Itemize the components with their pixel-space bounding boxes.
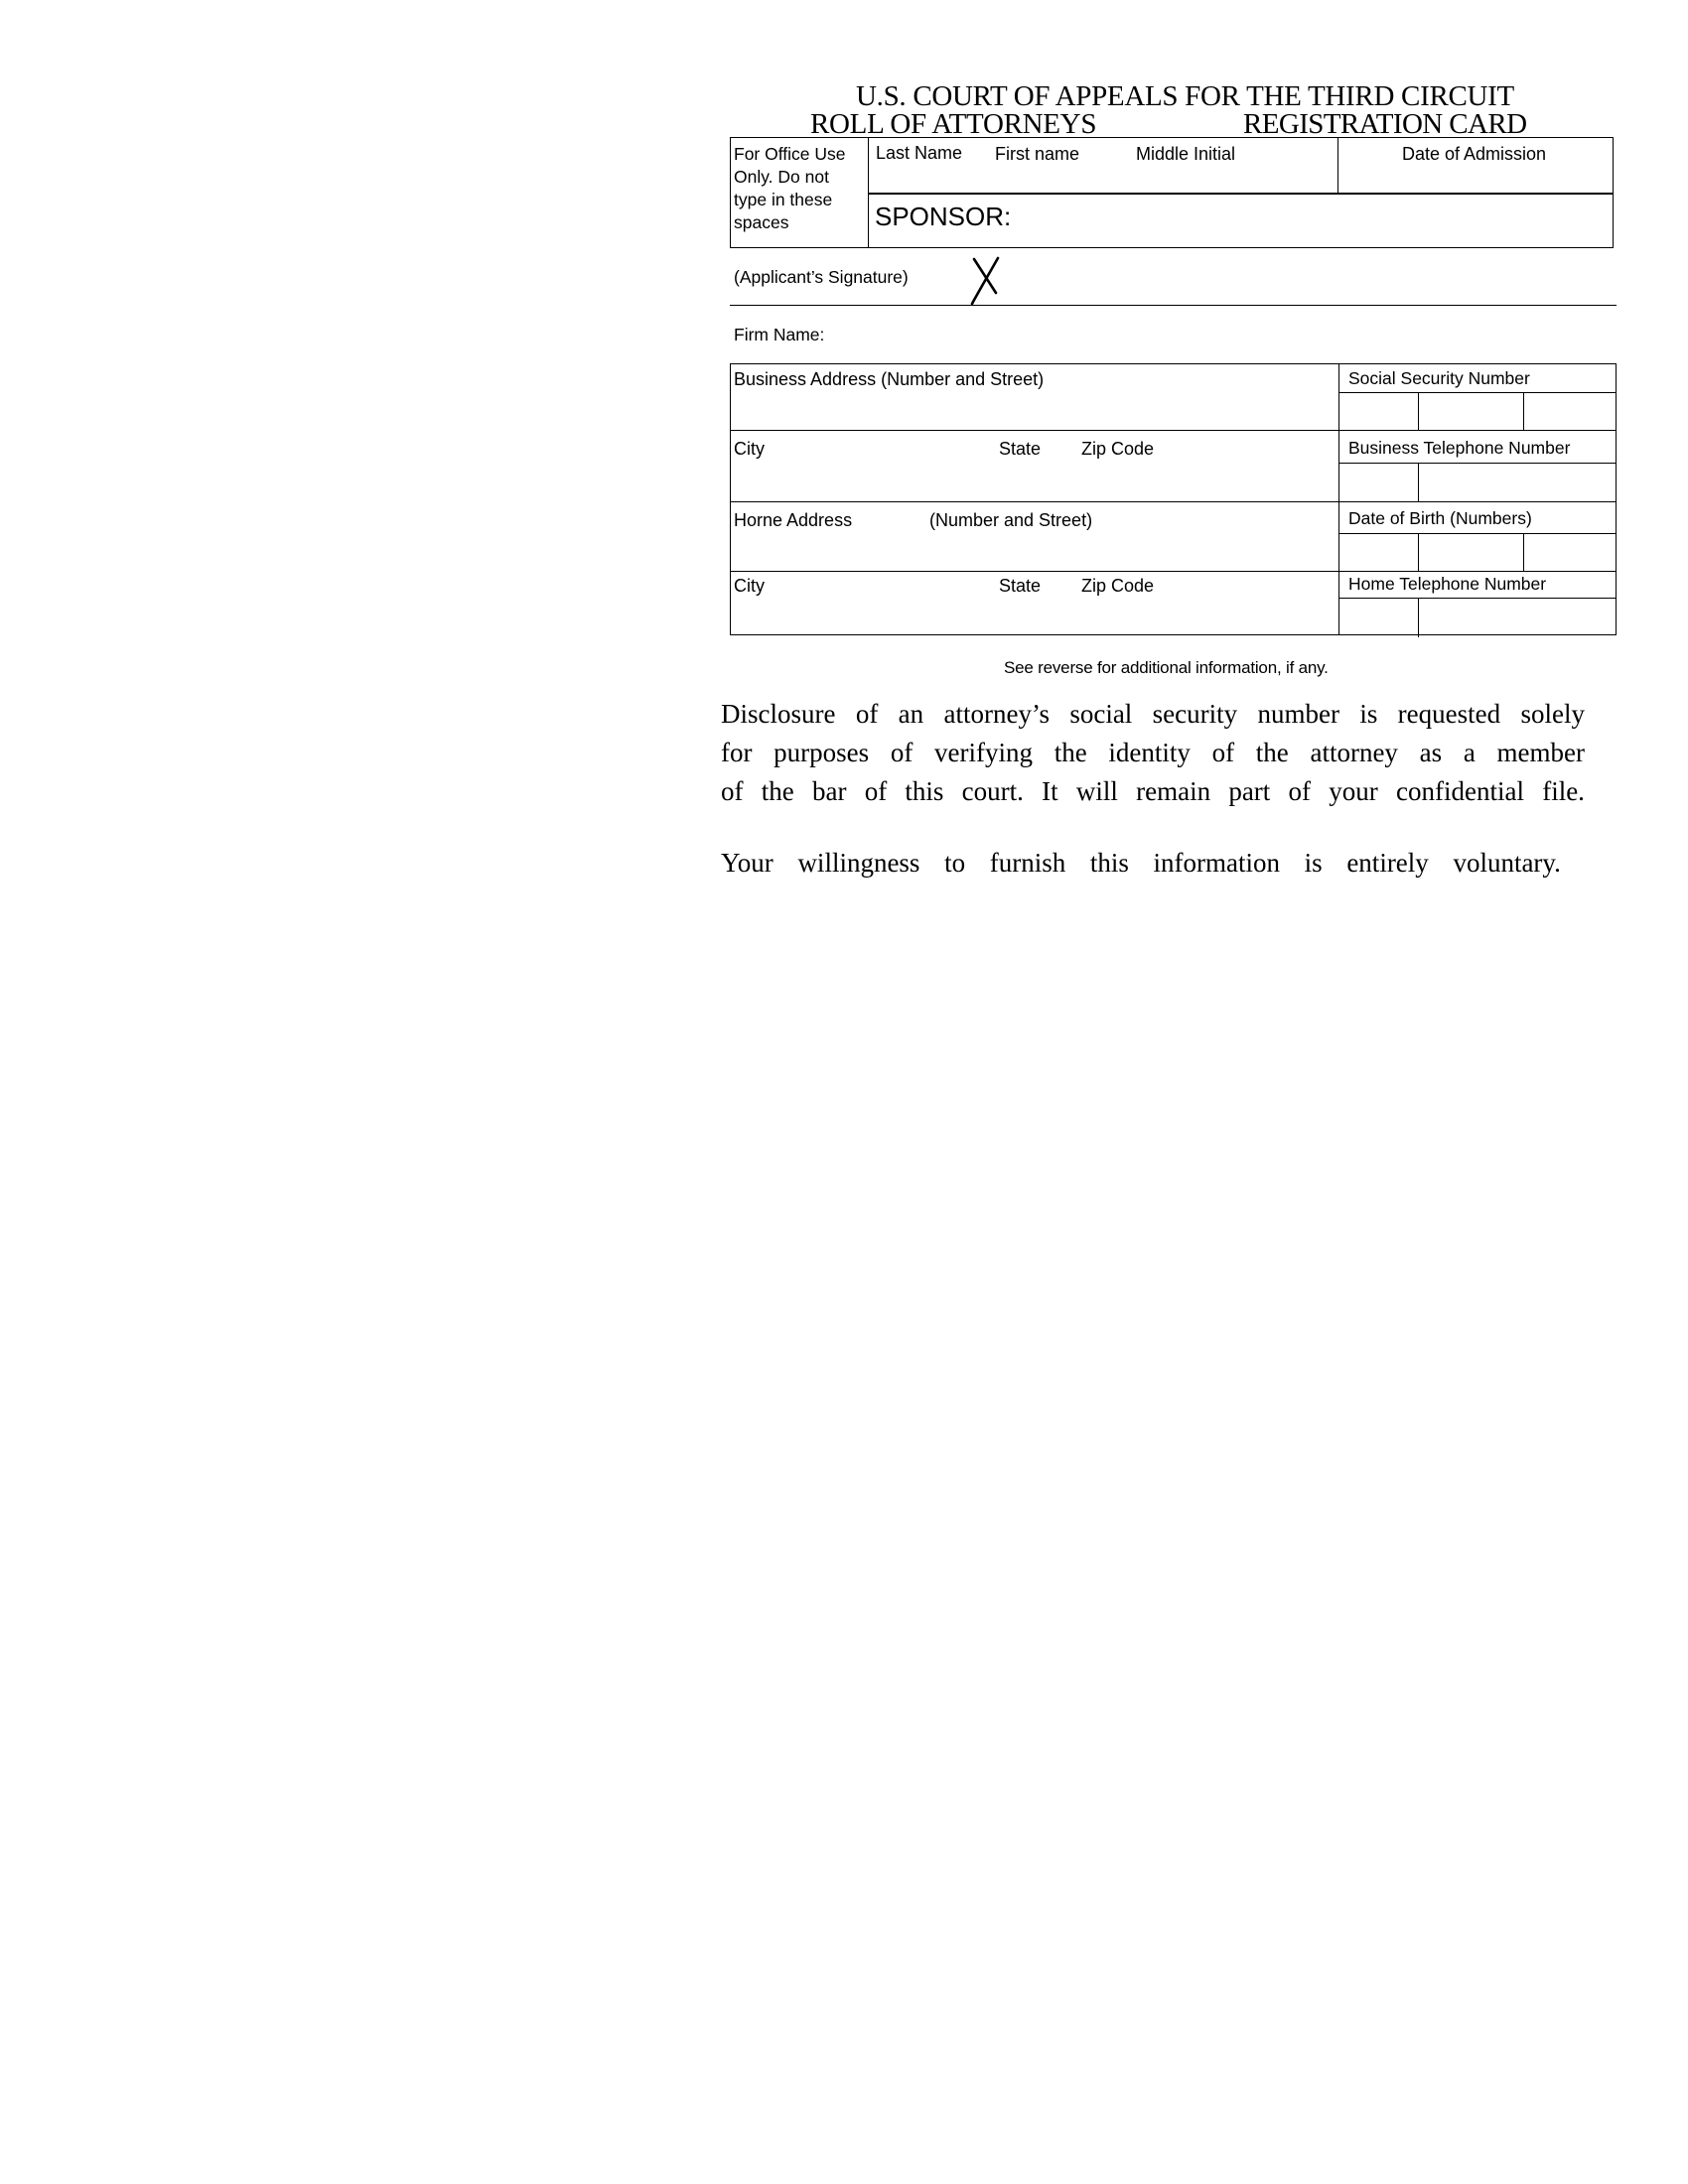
office-use-line: type in these [734, 189, 865, 211]
home-phone-cell-divider [1418, 598, 1419, 637]
business-state-field[interactable] [997, 463, 1076, 498]
signature-field[interactable] [1013, 260, 1609, 302]
home-zip-label: Zip Code [1081, 577, 1154, 595]
home-phone-label: Home Telephone Number [1348, 576, 1546, 594]
home-state-field[interactable] [997, 600, 1076, 632]
ssn-cell-divider [1523, 392, 1524, 430]
firm-name-label: Firm Name: [734, 325, 824, 345]
signature-line [730, 305, 1617, 306]
business-phone-label-divider [1338, 463, 1617, 464]
home-city-label: City [734, 577, 765, 595]
disclosure-line: forpurposesofverifyingtheidentityoftheat… [721, 734, 1585, 772]
business-zip-label: Zip Code [1081, 440, 1154, 458]
home-address-sub-label: (Number and Street) [929, 511, 1092, 529]
business-phone-number-field[interactable] [1421, 466, 1614, 499]
last-name-label: Last Name [876, 144, 962, 162]
home-zip-field[interactable] [1080, 600, 1334, 632]
business-phone-cell-divider [1418, 463, 1419, 501]
voluntary-statement: Yourwillingnesstofurnishthisinformationi… [721, 844, 1561, 883]
signature-label: (Applicant’s Signature) [734, 267, 909, 288]
disclosure-line: Disclosureofanattorney’ssocialsecuritynu… [721, 695, 1585, 734]
office-use-line: For Office Use [734, 143, 865, 166]
middle-initial-label: Middle Initial [1136, 145, 1235, 163]
date-of-admission-field[interactable] [1341, 167, 1610, 191]
name-row-divider [868, 193, 1614, 195]
business-phone-area-field[interactable] [1341, 466, 1416, 499]
business-state-label: State [999, 440, 1041, 458]
dob-cell-divider [1523, 533, 1524, 571]
ssn-part1-field[interactable] [1341, 395, 1416, 429]
business-address-field[interactable] [734, 395, 1334, 427]
row-divider [730, 430, 1617, 431]
home-phone-label-divider [1338, 598, 1617, 599]
business-address-label: Business Address (Number and Street) [734, 370, 1044, 388]
home-phone-area-field[interactable] [1341, 601, 1416, 633]
see-reverse-note: See reverse for additional information, … [1004, 658, 1329, 678]
firm-name-field[interactable] [844, 320, 1609, 349]
dob-label: Date of Birth (Numbers) [1348, 510, 1532, 528]
voluntary-line: Yourwillingnesstofurnishthisinformationi… [721, 844, 1561, 883]
home-city-field[interactable] [734, 600, 992, 632]
admission-divider [1337, 137, 1338, 194]
name-field[interactable] [872, 167, 1335, 191]
business-zip-field[interactable] [1080, 463, 1334, 498]
form-subtitle-roll: ROLL OF ATTORNEYS [810, 110, 1096, 139]
business-phone-label: Business Telephone Number [1348, 440, 1570, 458]
dob-year-field[interactable] [1526, 536, 1614, 569]
office-use-line: Only. Do not [734, 166, 865, 189]
home-state-label: State [999, 577, 1041, 595]
ssn-part3-field[interactable] [1526, 395, 1614, 429]
dob-day-field[interactable] [1421, 536, 1521, 569]
row-divider [730, 501, 1617, 502]
office-use-line: spaces [734, 211, 865, 234]
ssn-label: Social Security Number [1348, 370, 1530, 388]
sponsor-field[interactable] [1003, 197, 1609, 244]
dob-month-field[interactable] [1341, 536, 1416, 569]
dob-label-divider [1338, 533, 1617, 534]
business-city-field[interactable] [734, 463, 992, 498]
ssn-part2-field[interactable] [1421, 395, 1521, 429]
ssn-label-divider [1338, 392, 1617, 393]
row-divider [730, 571, 1617, 572]
sponsor-label: SPONSOR: [875, 204, 1011, 229]
signature-x-mark-icon [965, 254, 1005, 306]
disclosure-paragraph: Disclosureofanattorney’ssocialsecuritynu… [721, 695, 1585, 811]
home-address-label: Horne Address [734, 511, 852, 529]
ssn-cell-divider [1418, 392, 1419, 430]
office-use-note: For Office Use Only. Do not type in thes… [734, 143, 865, 234]
form-subtitle-registration: REGISTRATION CARD [1243, 110, 1526, 139]
form-title: U.S. COURT OF APPEALS FOR THE THIRD CIRC… [856, 82, 1514, 111]
date-of-admission-label: Date of Admission [1402, 145, 1546, 163]
address-column-divider [1338, 363, 1339, 635]
disclosure-line: ofthebarofthiscourt.Itwillremainpartofyo… [721, 772, 1585, 811]
home-phone-number-field[interactable] [1421, 601, 1614, 633]
first-name-label: First name [995, 145, 1079, 163]
business-city-label: City [734, 440, 765, 458]
dob-cell-divider [1418, 533, 1419, 571]
home-address-field[interactable] [734, 536, 1334, 568]
